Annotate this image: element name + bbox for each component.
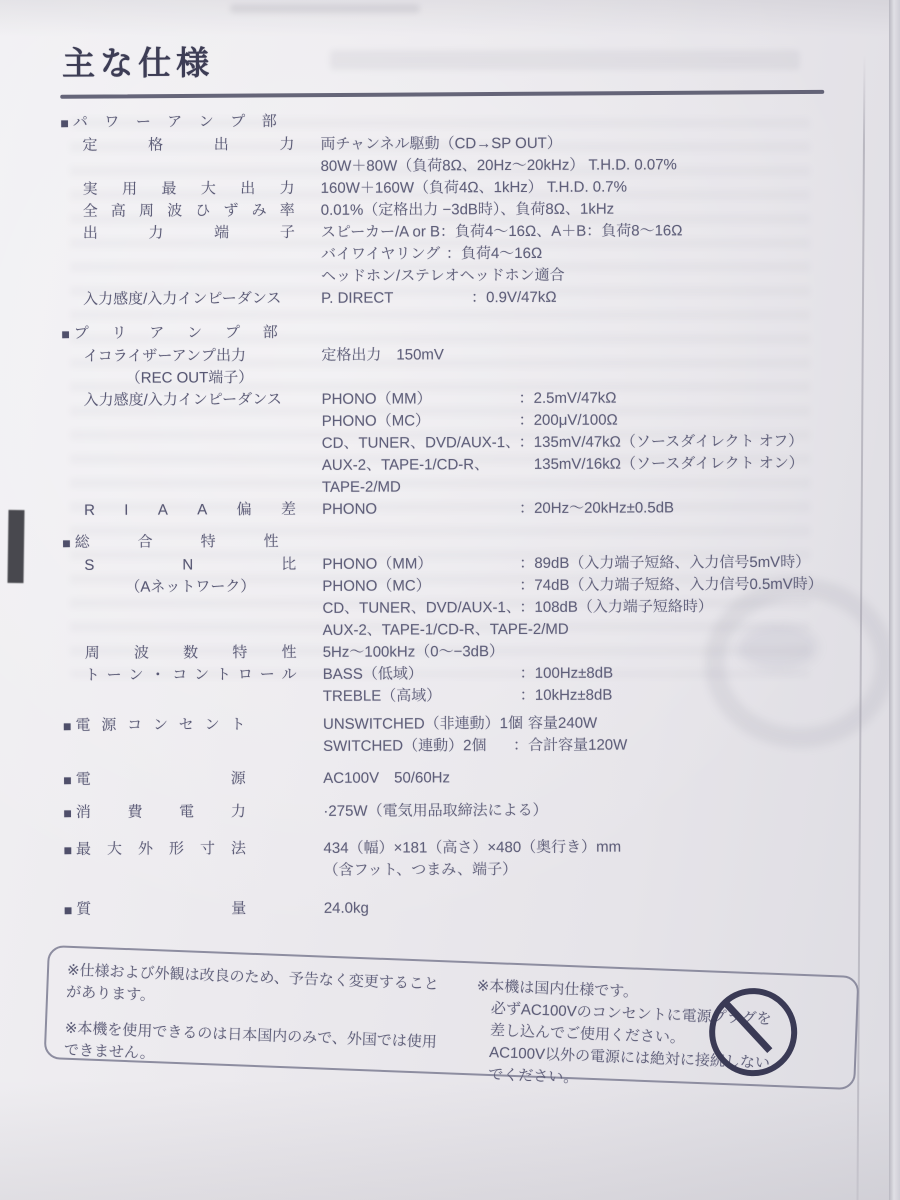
section-bullet-icon: ■ bbox=[63, 805, 72, 821]
spec-value-detail: ：100Hz±8dB bbox=[520, 665, 613, 682]
spec-label: トーン・コントロール bbox=[63, 664, 315, 687]
spec-value: 定格出力 150mV bbox=[313, 343, 861, 367]
spec-value: 160W＋160W（負荷4Ω、1kHz） T.H.D. 0.7% bbox=[313, 176, 861, 200]
spec-label: ■質量 bbox=[64, 898, 316, 922]
spec-section-heading: ■プリアンプ部 bbox=[61, 320, 861, 346]
spec-value-line: PHONO（MM）：2.5mV/47kΩ bbox=[322, 387, 862, 411]
spec-row: RIAA偏差PHONO：20Hz〜20kHz±0.5dB bbox=[62, 497, 862, 522]
spec-label: ■最大外形寸法 bbox=[63, 838, 315, 862]
spec-row: 入力感度/入力インピーダンスP. DIRECT：0.9V/47kΩ bbox=[61, 286, 861, 311]
spec-value-line: PHONO（MC）：74dB（入力端子短絡、入力信号0.5mV時） bbox=[322, 574, 862, 598]
spec-value-detail: ：合計容量120W bbox=[513, 737, 627, 754]
spec-label: ■総合特性 bbox=[62, 531, 314, 555]
spec-value-detail: ：20Hz〜20kHz±0.5dB bbox=[519, 499, 674, 517]
spec-value-line: 80W＋80W（負荷8Ω、20Hz〜20kHz） T.H.D. 0.07% bbox=[321, 154, 861, 178]
spec-section-heading: ■総合特性 bbox=[62, 529, 862, 555]
spec-value-name: BASS（低域） bbox=[323, 663, 520, 686]
spec-value-line: 5Hz〜100kHz（0〜−3dB） bbox=[323, 640, 863, 664]
spec-content: 主な仕様 ■パワーアンプ部定格出力両チャンネル駆動（CD→SP OUT）80W＋… bbox=[60, 35, 864, 922]
section-bullet-icon: ■ bbox=[64, 842, 73, 858]
spec-value-line: TREBLE（高域）：10kHz±8dB bbox=[323, 684, 863, 708]
spec-value-line: UNSWITCHED（非連動）1個：容量240W bbox=[323, 712, 863, 736]
spec-label-text: パワーアンプ部 bbox=[73, 111, 277, 134]
spec-value: 0.01%（定格出力 −3dB時）、負荷8Ω、1kHz bbox=[313, 198, 861, 222]
spec-value-detail: ：108dB（入力端子短絡時） bbox=[519, 598, 712, 616]
spec-label: RIAA偏差 bbox=[62, 499, 314, 522]
spec-value: 5Hz〜100kHz（0〜−3dB） bbox=[315, 640, 863, 664]
spec-value-detail: ：200μV/100Ω bbox=[519, 412, 618, 429]
spec-value: ·275W（電気用品取締法による） bbox=[315, 799, 863, 823]
spec-label-text: 総合特性 bbox=[75, 531, 279, 554]
spec-value-line: BASS（低域）：100Hz±8dB bbox=[323, 662, 863, 686]
spec-label-text: 周波数特性 bbox=[85, 642, 297, 665]
spec-row: ■最大外形寸法434（幅）×181（高さ）×480（奥行き）mm（含フット、つま… bbox=[63, 836, 863, 883]
spec-value-name: PHONO（MM） bbox=[322, 553, 519, 576]
spec-value: AC100V 50/60Hz bbox=[315, 766, 863, 790]
spec-label: イコライザーアンプ出力（REC OUT端子） bbox=[61, 345, 313, 390]
page-index-tab bbox=[7, 510, 24, 583]
spec-label: 入力感度/入力インピーダンス bbox=[61, 288, 313, 311]
spec-value-name: PHONO（MM） bbox=[322, 388, 519, 411]
spec-value-name: TREBLE（高域） bbox=[323, 685, 520, 708]
spec-value-line: AUX-2、TAPE-1/CD-R、 135mV/16kΩ（ソースダイレクト オ… bbox=[322, 453, 862, 477]
spec-label: 出力端子 bbox=[61, 222, 313, 245]
spec-row: 定格出力両チャンネル駆動（CD→SP OUT）80W＋80W（負荷8Ω、20Hz… bbox=[60, 132, 860, 179]
prohibition-slash bbox=[722, 1000, 772, 1053]
notes-box: ※仕様および外観は改良のため、予告なく変更することがあります。 ※本機を使用でき… bbox=[44, 945, 860, 1090]
section-bullet-icon: ■ bbox=[60, 115, 69, 131]
spec-value-line: PHONO：20Hz〜20kHz±0.5dB bbox=[322, 497, 862, 521]
spec-row: 入力感度/入力インピーダンスPHONO（MM）：2.5mV/47kΩPHONO（… bbox=[62, 387, 862, 500]
spec-value-line: AC100V 50/60Hz bbox=[323, 766, 863, 790]
spec-value: 434（幅）×181（高さ）×480（奥行き）mm（含フット、つまみ、端子） bbox=[315, 836, 863, 882]
spec-value-detail: ：2.5mV/47kΩ bbox=[519, 390, 617, 407]
spec-label-text: 質量 bbox=[76, 898, 246, 921]
spec-value-line: バイワイヤリング：負荷4〜16Ω bbox=[321, 242, 861, 266]
spec-label-subtext: （Aネットワーク） bbox=[84, 576, 296, 599]
spec-label-subtext: （REC OUT端子） bbox=[83, 367, 295, 390]
spec-value: 両チャンネル駆動（CD→SP OUT）80W＋80W（負荷8Ω、20Hz〜20k… bbox=[312, 132, 860, 178]
spec-value-detail: 135mV/16kΩ（ソースダイレクト オン） bbox=[519, 455, 804, 473]
spec-label: 定格出力 bbox=[60, 134, 312, 157]
spec-label: 全高周波ひずみ率 bbox=[61, 200, 313, 223]
spec-value-detail: ：負荷4〜16Ω bbox=[446, 245, 542, 262]
spec-label: ■電源コンセント bbox=[63, 714, 315, 738]
spec-label: 周波数特性 bbox=[63, 642, 315, 665]
spec-value-name: AUX-2、TAPE-1/CD-R、 bbox=[322, 454, 519, 477]
spec-row: SN比（Aネットワーク）PHONO（MM）：89dB（入力端子短絡、入力信号5m… bbox=[62, 552, 862, 643]
spec-label-text: RIAA偏差 bbox=[84, 499, 296, 522]
spec-value-line: TAPE-2/MD bbox=[322, 475, 862, 499]
spec-row: 出力端子スピーカー/A or B：負荷4〜16Ω、A＋B：負荷8〜16Ωバイワイ… bbox=[61, 220, 861, 289]
spec-value-detail: ：74dB（入力端子短絡、入力信号0.5mV時） bbox=[519, 576, 822, 594]
spec-label-text: 入力感度/入力インピーダンス bbox=[84, 389, 296, 412]
spec-label-text: プリアンプ部 bbox=[74, 322, 278, 345]
spec-label: ■プリアンプ部 bbox=[61, 322, 313, 346]
spec-label: ■パワーアンプ部 bbox=[60, 111, 312, 135]
spec-value-name: バイワイヤリング bbox=[321, 243, 446, 266]
spec-value: PHONO：20Hz〜20kHz±0.5dB bbox=[314, 497, 862, 521]
spec-value-line: 両チャンネル駆動（CD→SP OUT） bbox=[320, 132, 860, 156]
spec-value-line: ·275W（電気用品取締法による） bbox=[323, 799, 863, 823]
spec-label-text: 最大外形寸法 bbox=[76, 838, 246, 861]
spec-value-line: 434（幅）×181（高さ）×480（奥行き）mm bbox=[323, 836, 863, 860]
spec-value bbox=[312, 109, 860, 111]
spec-value-line: SWITCHED（連動）2個：合計容量120W bbox=[323, 734, 863, 758]
spec-value-name: PHONO bbox=[322, 498, 519, 521]
spec-value: BASS（低域）：100Hz±8dBTREBLE（高域）：10kHz±8dB bbox=[315, 662, 863, 708]
spec-row: イコライザーアンプ出力（REC OUT端子）定格出力 150mV bbox=[61, 343, 861, 390]
spec-value-line: AUX-2、TAPE-1/CD-R、TAPE-2/MD bbox=[323, 618, 863, 642]
spec-label: 実用最大出力 bbox=[61, 178, 313, 201]
title-underline bbox=[60, 90, 824, 99]
spec-value-line: スピーカー/A or B：負荷4〜16Ω、A＋B：負荷8〜16Ω bbox=[321, 220, 861, 244]
spec-value-detail: ：89dB（入力端子短絡、入力信号5mV時） bbox=[519, 554, 810, 572]
spec-label: ■消費電力 bbox=[63, 801, 315, 825]
spec-row: ■消費電力·275W（電気用品取締法による） bbox=[63, 799, 863, 825]
spec-value-line: PHONO（MC）：200μV/100Ω bbox=[322, 409, 862, 433]
spec-label: ■電源 bbox=[63, 768, 315, 792]
spec-value-line: P. DIRECT：0.9V/47kΩ bbox=[321, 286, 861, 310]
spec-value-detail: ：135mV/47kΩ（ソースダイレクト オフ） bbox=[519, 433, 804, 451]
spec-value: 24.0kg bbox=[316, 896, 864, 920]
spec-value bbox=[314, 529, 862, 531]
spec-value-name: CD、TUNER、DVD/AUX-1、 bbox=[322, 597, 519, 620]
spec-value-line: 160W＋160W（負荷4Ω、1kHz） T.H.D. 0.7% bbox=[321, 176, 861, 200]
section-bullet-icon: ■ bbox=[61, 326, 70, 342]
spec-label-text: 出力端子 bbox=[83, 222, 295, 245]
spec-page-photo: 主な仕様 ■パワーアンプ部定格出力両チャンネル駆動（CD→SP OUT）80W＋… bbox=[0, 0, 900, 1200]
spec-label-text: 消費電力 bbox=[76, 801, 246, 824]
section-bullet-icon: ■ bbox=[62, 535, 71, 551]
spec-row: ■電源コンセントUNSWITCHED（非連動）1個：容量240WSWITCHED… bbox=[63, 712, 863, 759]
spec-value-line: （含フット、つまみ、端子） bbox=[324, 858, 864, 882]
spec-value-line: 定格出力 150mV bbox=[321, 343, 861, 367]
spec-label-text: 電源 bbox=[76, 768, 246, 791]
spec-value-name: SWITCHED（連動）2個 bbox=[323, 735, 513, 758]
section-bullet-icon: ■ bbox=[63, 772, 72, 788]
spec-value-line: PHONO（MM）：89dB（入力端子短絡、入力信号5mV時） bbox=[322, 552, 862, 576]
spec-label-text: イコライザーアンプ出力 bbox=[83, 345, 295, 368]
spec-row: ■質量24.0kg bbox=[64, 896, 864, 922]
spec-row: トーン・コントロールBASS（低域）：100Hz±8dBTREBLE（高域）：1… bbox=[63, 662, 863, 709]
spec-value-name: PHONO（MC） bbox=[322, 575, 519, 598]
note-text: ※本機を使用できるのは日本国内のみで、外国では使用できません。 bbox=[64, 1018, 447, 1077]
spec-row: ■電源AC100V 50/60Hz bbox=[63, 766, 863, 792]
spec-value-line: 0.01%（定格出力 −3dB時）、負荷8Ω、1kHz bbox=[321, 198, 861, 222]
spec-value-detail: ：0.9V/47kΩ bbox=[471, 289, 557, 306]
spec-value: P. DIRECT：0.9V/47kΩ bbox=[313, 286, 861, 310]
spec-value-name: P. DIRECT bbox=[321, 287, 471, 310]
spec-value-line: ヘッドホン/ステレオヘッドホン適合 bbox=[321, 264, 861, 288]
spec-label-text: 全高周波ひずみ率 bbox=[83, 200, 295, 223]
spec-value: PHONO（MM）：89dB（入力端子短絡、入力信号5mV時）PHONO（MC）… bbox=[314, 552, 862, 642]
spec-value-line: 24.0kg bbox=[324, 896, 864, 920]
spec-label: SN比（Aネットワーク） bbox=[62, 554, 314, 599]
spec-value-detail: ：容量240W bbox=[513, 715, 597, 732]
spec-value: UNSWITCHED（非連動）1個：容量240WSWITCHED（連動）2個：合… bbox=[315, 712, 863, 758]
note-text: ※仕様および外観は改良のため、予告なく変更することがあります。 bbox=[66, 960, 449, 1019]
spec-value bbox=[313, 320, 861, 322]
spec-value-name: PHONO（MC） bbox=[322, 410, 519, 433]
spec-label-text: 実用最大出力 bbox=[83, 178, 295, 201]
spec-value-line: CD、TUNER、DVD/AUX-1、：135mV/47kΩ（ソースダイレクト … bbox=[322, 431, 862, 455]
bleedthrough-smudge bbox=[230, 4, 420, 13]
spec-label-text: 電源コンセント bbox=[75, 714, 245, 737]
spec-label-text: SN比 bbox=[84, 554, 296, 577]
spec-label: 入力感度/入力インピーダンス bbox=[62, 389, 314, 412]
spec-value: スピーカー/A or B：負荷4〜16Ω、A＋B：負荷8〜16Ωバイワイヤリング… bbox=[313, 220, 861, 288]
spec-value: PHONO（MM）：2.5mV/47kΩPHONO（MC）：200μV/100Ω… bbox=[314, 387, 862, 499]
spec-section-heading: ■パワーアンプ部 bbox=[60, 109, 860, 135]
spec-value-name: CD、TUNER、DVD/AUX-1、 bbox=[322, 432, 519, 455]
spec-label-text: トーン・コントロール bbox=[85, 664, 297, 687]
spec-value-line: CD、TUNER、DVD/AUX-1、：108dB（入力端子短絡時） bbox=[322, 596, 862, 620]
spec-value-detail: ：10kHz±8dB bbox=[520, 687, 613, 704]
spec-label-text: 入力感度/入力インピーダンス bbox=[83, 288, 295, 311]
section-bullet-icon: ■ bbox=[64, 902, 73, 918]
spec-label-text: 定格出力 bbox=[82, 134, 294, 157]
notes-left-column: ※仕様および外観は改良のため、予告なく変更することがあります。 ※本機を使用でき… bbox=[64, 960, 449, 1061]
page-right-edge bbox=[889, 0, 900, 1200]
spec-value-name: UNSWITCHED（非連動）1個 bbox=[323, 713, 513, 736]
section-bullet-icon: ■ bbox=[63, 718, 72, 734]
spec-table: ■パワーアンプ部定格出力両チャンネル駆動（CD→SP OUT）80W＋80W（負… bbox=[60, 109, 864, 922]
page-title: 主な仕様 bbox=[62, 35, 860, 85]
